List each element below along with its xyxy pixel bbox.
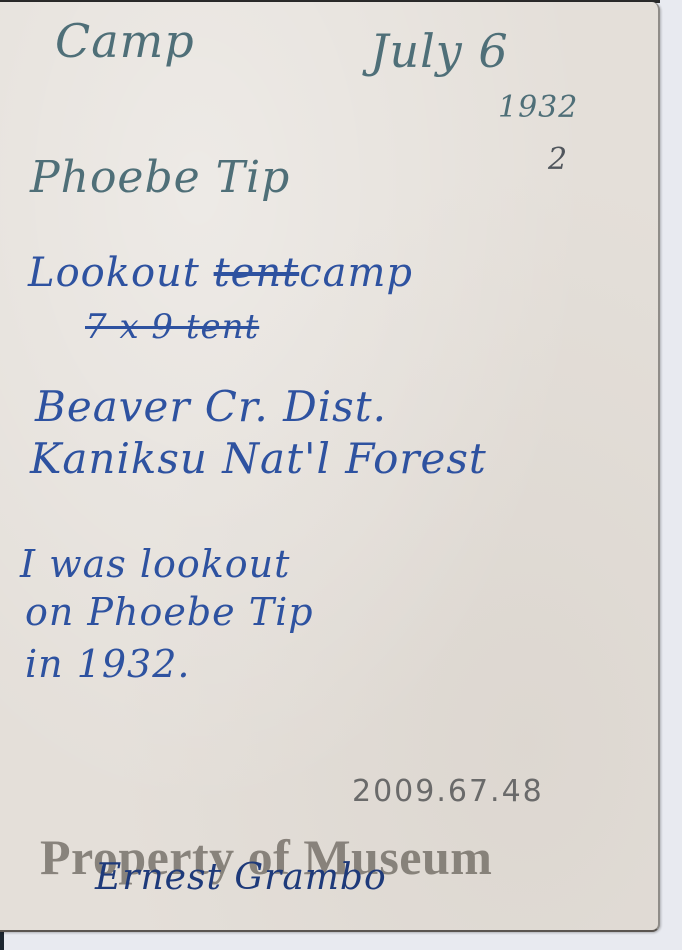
- note-location: Phoebe Tip: [30, 152, 290, 203]
- note-tent-size: 7 x 9 tent: [85, 307, 259, 347]
- statement-line-3: in 1932.: [25, 642, 191, 686]
- statement-line-2: on Phoebe Tip: [25, 590, 314, 634]
- note-date: July 6: [370, 24, 509, 78]
- note-forest: Kaniksu Nat'l Forest: [30, 434, 487, 483]
- statement-line-1: I was lookout: [20, 542, 290, 586]
- lookout-prefix: Lookout: [28, 250, 214, 296]
- struck-word: tent: [214, 250, 300, 296]
- note-district: Beaver Cr. Dist.: [35, 382, 387, 431]
- margin-mark: 2: [548, 142, 568, 177]
- scan-left-edge: [0, 930, 4, 950]
- signature: Ernest Grambo: [95, 857, 387, 898]
- note-lookout-camp: Lookout tentcamp: [28, 250, 413, 296]
- accession-number: 2009.67.48: [352, 774, 544, 809]
- lookout-suffix: camp: [299, 250, 413, 296]
- scanned-card-image: Camp July 6 1932 2 Phoebe Tip Lookout te…: [0, 0, 682, 950]
- note-year: 1932: [498, 90, 578, 125]
- note-camp: Camp: [55, 14, 195, 68]
- photo-card-back: Camp July 6 1932 2 Phoebe Tip Lookout te…: [0, 2, 660, 932]
